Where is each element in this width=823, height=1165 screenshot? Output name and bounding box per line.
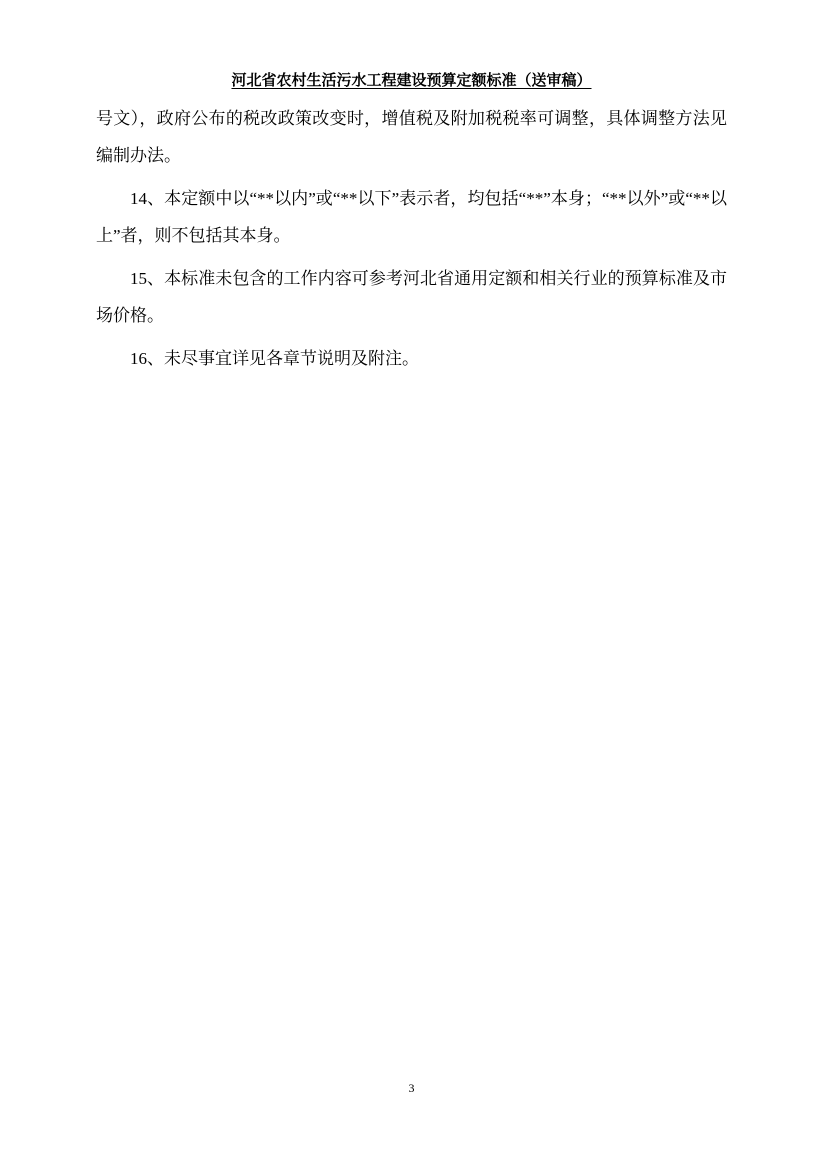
paragraph-continuation: 号文），政府公布的税改政策改变时，增值税及附加税税率可调整，具体调整方法见编制办… xyxy=(96,100,727,174)
paragraph-item-15: 15、本标准未包含的工作内容可参考河北省通用定额和相关行业的预算标准及市场价格。 xyxy=(96,260,727,334)
document-header: 河北省农村生活污水工程建设预算定额标准（送审稿） xyxy=(0,69,823,90)
document-title: 河北省农村生活污水工程建设预算定额标准（送审稿） xyxy=(231,73,591,89)
document-body: 号文），政府公布的税改政策改变时，增值税及附加税税率可调整，具体调整方法见编制办… xyxy=(96,100,727,383)
paragraph-item-14: 14、本定额中以“**以内”或“**以下”表示者，均包括“**”本身；“**以外… xyxy=(96,180,727,254)
document-footer: 3 xyxy=(0,1079,823,1097)
page-number: 3 xyxy=(409,1081,415,1095)
paragraph-item-16: 16、未尽事宜详见各章节说明及附注。 xyxy=(96,340,727,377)
document-page: 河北省农村生活污水工程建设预算定额标准（送审稿） 号文），政府公布的税改政策改变… xyxy=(0,0,823,1165)
